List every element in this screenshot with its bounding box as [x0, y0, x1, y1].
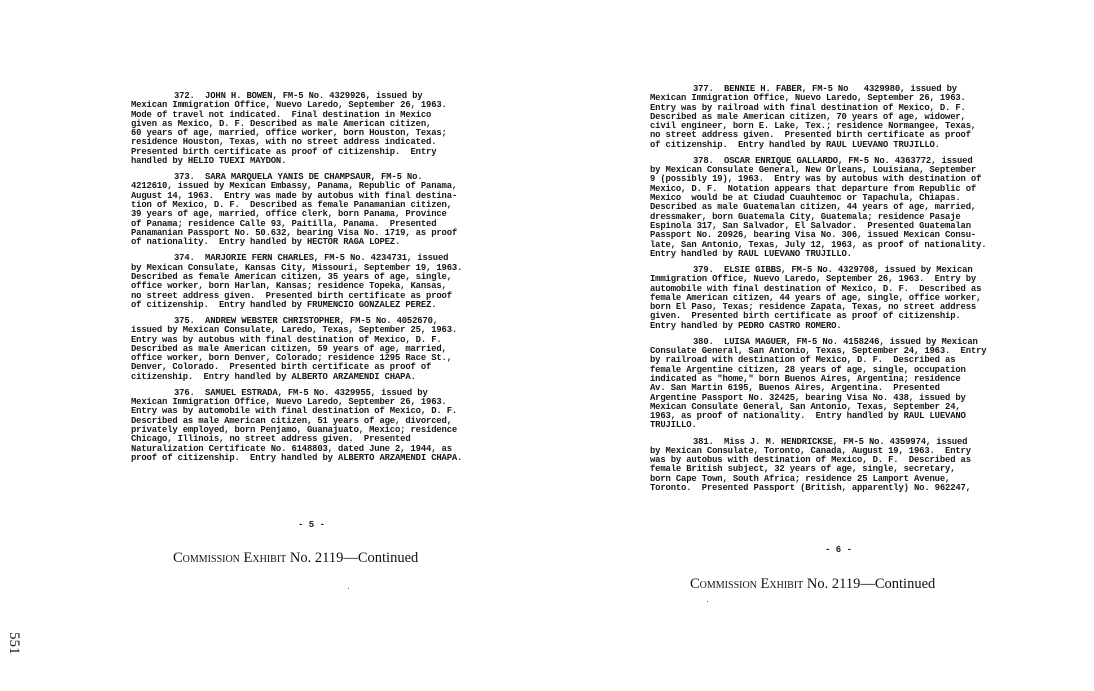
right-entries: 377. BENNIE H. FABER, FM-5 No 4329980, i…: [650, 85, 1010, 500]
left-entries: 372. JOHN H. BOWEN, FM-5 No. 4329926, is…: [131, 92, 493, 470]
exhibit-entry: 372. JOHN H. BOWEN, FM-5 No. 4329926, is…: [131, 92, 493, 166]
entry-line: of nationality. Entry handled by HECTOR …: [131, 238, 493, 247]
caption-rest: No. 2119—Continued: [290, 550, 418, 566]
exhibit-caption: Commission Exhibit No. 2119—Continued: [690, 576, 935, 593]
caption-small-caps: Commission Exhibit: [690, 576, 803, 592]
entry-line: citizenship. Entry handled by ALBERTO AR…: [131, 373, 493, 382]
entry-line: proof of citizenship. Entry handled by A…: [131, 454, 493, 463]
scan-speck: [707, 601, 708, 602]
entry-line: Entry handled by RAUL LUEVANO TRUJILLO.: [650, 250, 1010, 259]
entry-line: Entry handled by PEDRO CASTRO ROMERO.: [650, 322, 1010, 331]
exhibit-entry: 378. OSCAR ENRIQUE GALLARDO, FM-5 No. 43…: [650, 157, 1010, 259]
entry-line: handled by HELIO TUEXI MAYDON.: [131, 157, 493, 166]
entry-line: TRUJILLO.: [650, 421, 1010, 430]
entry-line: Toronto. Presented Passport (British, ap…: [650, 484, 1010, 493]
scan-speck: [348, 588, 349, 589]
page-number: - 6 -: [825, 545, 852, 555]
right-page: 377. BENNIE H. FABER, FM-5 No 4329980, i…: [547, 0, 1094, 691]
exhibit-entry: 373. SARA MARQUELA YANIS DE CHAMPSAUR, F…: [131, 173, 493, 247]
page-number: - 5 -: [298, 520, 325, 530]
exhibit-entry: 381. Miss J. M. HENDRICKSE, FM-5 No. 435…: [650, 438, 1010, 494]
caption-small-caps: Commission Exhibit: [173, 550, 286, 566]
exhibit-entry: 374. MARJORIE FERN CHARLES, FM-5 No. 423…: [131, 254, 493, 310]
exhibit-entry: 377. BENNIE H. FABER, FM-5 No 4329980, i…: [650, 85, 1010, 150]
entry-line: of citizenship. Entry handled by FRUMENC…: [131, 301, 493, 310]
exhibit-caption: Commission Exhibit No. 2119—Continued: [173, 550, 418, 567]
folio-number: 551: [5, 632, 22, 655]
exhibit-entry: 376. SAMUEL ESTRADA, FM-5 No. 4329955, i…: [131, 389, 493, 463]
left-page: 372. JOHN H. BOWEN, FM-5 No. 4329926, is…: [0, 0, 547, 691]
caption-rest: No. 2119—Continued: [807, 576, 935, 592]
entry-line: of citizenship. Entry handled by RAUL LU…: [650, 141, 1010, 150]
exhibit-entry: 375. ANDREW WEBSTER CHRISTOPHER, FM-5 No…: [131, 317, 493, 382]
entry-line: 1963, as proof of nationality. Entry han…: [650, 412, 1010, 421]
exhibit-entry: 379. ELSIE GIBBS, FM-5 No. 4329708, issu…: [650, 266, 1010, 331]
exhibit-entry: 380. LUISA MAGUER, FM-5 No. 4158246, iss…: [650, 338, 1010, 431]
